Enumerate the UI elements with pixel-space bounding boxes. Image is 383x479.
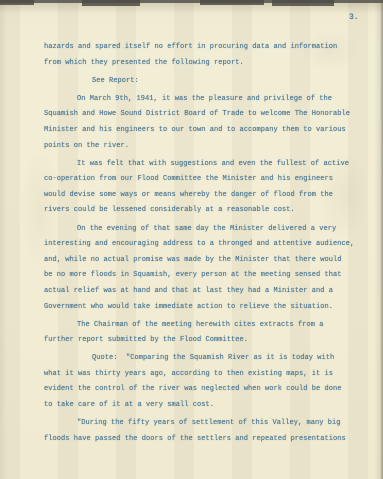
- text-line: On the evening of that same day the Mini…: [77, 222, 374, 238]
- text-line: The Chairman of the meeting herewith cit…: [77, 318, 374, 334]
- text-line: It was felt that with suggestions and ev…: [77, 157, 374, 173]
- text-line: from which they presented the following …: [44, 56, 374, 72]
- text-line: co-operation from our Flood Committee th…: [44, 172, 374, 188]
- text-line: floods have passed the doors of the sett…: [44, 432, 374, 448]
- text-line: Minister and his engineers to our town a…: [44, 123, 374, 139]
- scanned-page: 3. hazards and spared itself no effort i…: [0, 0, 383, 479]
- scan-edge-fragment: [200, 0, 264, 5]
- scan-edge-fragment: [82, 0, 140, 6]
- text-line: be no more floods in Squamish, every per…: [44, 268, 374, 284]
- scan-edge-fragment: [272, 0, 334, 6]
- text-line: Government who would take immediate acti…: [44, 300, 374, 316]
- text-line: to take care of it at a very small cost.: [44, 398, 374, 414]
- scan-edge-fragment: [0, 0, 34, 5]
- text-line: Quote: "Comparing the Squamish River as …: [92, 351, 374, 367]
- text-line: rivers could be lessened considerably at…: [44, 203, 374, 219]
- text-line: hazards and spared itself no effort in p…: [44, 40, 374, 56]
- text-line: and, while no actual promise was made by…: [44, 253, 374, 269]
- text-line: would devise some ways or means whereby …: [44, 188, 374, 204]
- text-line: actual relief was at hand and that at la…: [44, 284, 374, 300]
- page-number: 3.: [349, 13, 359, 22]
- text-line: points on the river.: [44, 139, 374, 155]
- text-line: See Report:: [92, 74, 374, 90]
- text-line: On March 9th, 1941, it was the pleasure …: [77, 92, 374, 108]
- text-line: "During the fifty years of settlement of…: [77, 416, 374, 432]
- text-line: further report submitted by the Flood Co…: [44, 333, 374, 349]
- text-line: interesting and encouraging address to a…: [44, 237, 374, 253]
- text-line: Squamish and Howe Sound District Board o…: [44, 107, 374, 123]
- text-body: hazards and spared itself no effort in p…: [44, 40, 374, 447]
- text-line: what it was thirty years ago, according …: [44, 367, 374, 383]
- text-line: evident the control of the river was neg…: [44, 382, 374, 398]
